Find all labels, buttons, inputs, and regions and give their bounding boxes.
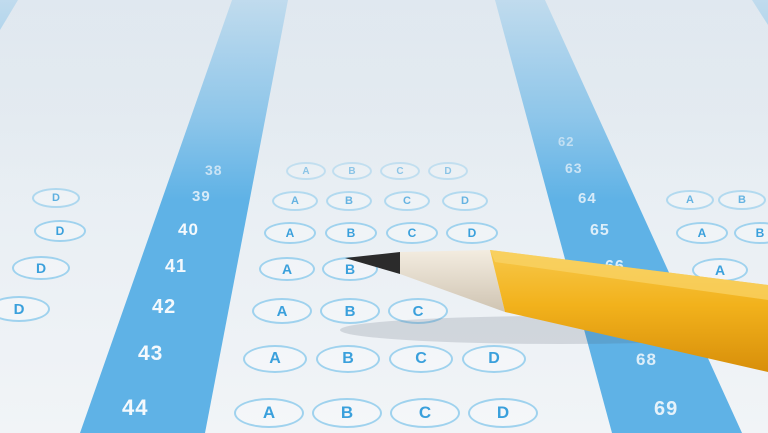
pencil-icon[interactable] [0,0,768,433]
answer-sheet-photo: 38 39 40 41 42 43 44 62 63 64 65 66 68 6… [0,0,768,433]
